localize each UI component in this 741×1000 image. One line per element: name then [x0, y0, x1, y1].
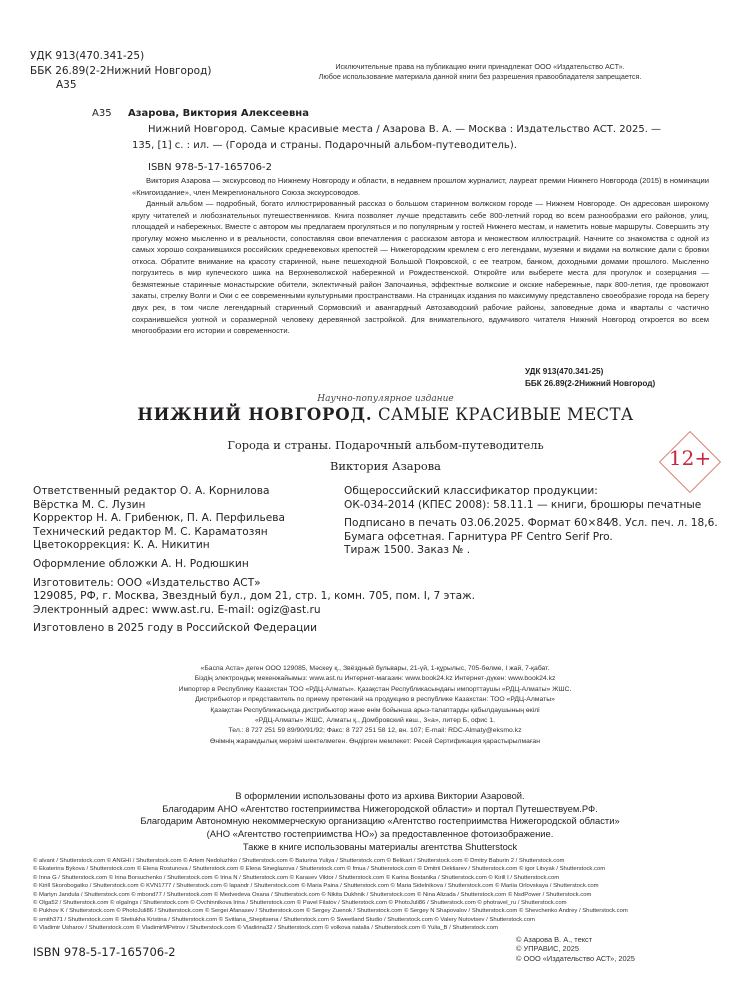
photo-credit-line: © Martyn Jandula / Shutterstock.com © mb…	[33, 891, 733, 899]
classification-header: УДК 913(470.341-25) ББК 26.89(2-2Нижний …	[30, 49, 211, 93]
photo-credit-line: © alvant / Shutterstock.com © ANGHI / Sh…	[33, 857, 733, 865]
classifier-code: ОК-034-2014 (КПЕС 2008): 58.11.1 — книги…	[344, 499, 718, 513]
photo-credit-line: © smith371 / Shutterstock.com © Stetiukh…	[33, 916, 733, 924]
age-rating: 12+	[658, 446, 722, 470]
signed-to-print: Подписано в печать 03.06.2025. Формат 60…	[344, 517, 718, 531]
kz-line: Дистрибьютор и представитель по приему п…	[120, 695, 630, 705]
thanks-line: Также в книге использованы материалы аге…	[90, 841, 670, 854]
kz-line: Қазақстан Республикасында дистрибьютор ж…	[120, 706, 630, 716]
catalog-entry: А35Азарова, Виктория Алексеевна Нижний Н…	[92, 106, 722, 176]
kz-line: Өнімнің жарамдылық мерзімі шектелмеген. …	[120, 737, 630, 747]
entry-code: А35	[92, 106, 128, 122]
classifier-label: Общероссийский классификатор продукции:	[344, 485, 718, 499]
manufacturer-web: Электронный адрес: www.ast.ru. E-mail: o…	[33, 604, 475, 618]
rights-line: Любое использование материала данной кни…	[250, 72, 710, 82]
rights-notice: Исключительные права на публикацию книги…	[250, 62, 710, 82]
thanks-line: В оформлении использованы фото из архива…	[90, 790, 670, 803]
paper-type: Бумага офсетная. Гарнитура PF Centro Ser…	[344, 531, 718, 545]
manufacturer-address: 129085, РФ, г. Москва, Звездный бул., до…	[33, 590, 475, 604]
entry-description: Нижний Новгород. Самые красивые места / …	[92, 122, 722, 138]
imprint-classification: УДК 913(470.341-25) ББК 26.89(2-2Нижний …	[525, 366, 655, 389]
isbn-footer: ISBN 978-5-17-165706-2	[33, 945, 176, 959]
copyright-line: © ООО «Издательство АСТ», 2025	[516, 954, 635, 963]
author-mark: А35	[30, 78, 211, 93]
photo-credit-line: © Kirill Skorobogatko / Shutterstock.com…	[33, 882, 733, 890]
book-title: НИЖНИЙ НОВГОРОД. САМЫЕ КРАСИВЫЕ МЕСТА	[0, 405, 741, 424]
edition-type: Научно-популярное издание	[0, 394, 741, 404]
author-name: Виктория Азарова	[0, 459, 741, 473]
photo-credit-line: © Olga52 / Shutterstock.com © olgaIngs /…	[33, 899, 733, 907]
photo-credit-line: © Pukhov K / Shutterstock.com © PhotoJul…	[33, 907, 733, 915]
made-in: Изготовлено в 2025 году в Российской Фед…	[33, 622, 475, 636]
thanks-line: Благодарим АНО «Агентство гостеприимства…	[90, 803, 670, 816]
kz-line: Импортер в Республику Казахстан ТОО «РДЦ…	[120, 685, 630, 695]
acknowledgements: В оформлении использованы фото из архива…	[90, 790, 670, 854]
kz-line: Тел.: 8 727 251 59 89/90/91/92; Факс: 8 …	[120, 726, 630, 736]
annotation: Виктория Азарова — экскурсовод по Нижнем…	[132, 175, 709, 337]
thanks-line: Благодарим Автономную некоммерческую орг…	[90, 815, 670, 828]
copyright-line: © Азарова В. А., текст	[516, 935, 635, 944]
print-info: Общероссийский классификатор продукции: …	[344, 485, 718, 558]
copyright-line: © УПРАВИС, 2025	[516, 944, 635, 953]
bbk-code: ББК 26.89(2-2Нижний Новгород)	[30, 64, 211, 79]
photo-credit-line: © Ekaterina Bykova / Shutterstock.com © …	[33, 865, 733, 873]
photo-credit-line: © Inna G / Shutterstock.com © Irina Bors…	[33, 874, 733, 882]
annotation-paragraph: Виктория Азарова — экскурсовод по Нижнем…	[132, 175, 709, 198]
entry-description-cont: 135, [1] с. : ил. — (Города и страны. По…	[92, 138, 722, 154]
thanks-line: (АНО «Агентство гостеприимства НО») за п…	[90, 828, 670, 841]
kazakhstan-info: «Баспа Аста» деген ООО 129085, Мәскеу қ.…	[120, 664, 630, 747]
title-bold: НИЖНИЙ НОВГОРОД.	[137, 405, 372, 424]
manufacturer: Изготовитель: ООО «Издательство АСТ»	[33, 577, 475, 591]
photo-credits: © alvant / Shutterstock.com © ANGHI / Sh…	[33, 857, 733, 933]
kz-line: Біздің электрондық мекенжайымыз: www.ast…	[120, 674, 630, 684]
udk-code: УДК 913(470.341-25)	[30, 49, 211, 64]
annotation-paragraph: Данный альбом — подробный, богато иллюст…	[132, 198, 709, 337]
copyright-block: © Азарова В. А., текст © УПРАВИС, 2025 ©…	[516, 935, 635, 963]
series-name: Города и страны. Подарочный альбом-путев…	[0, 438, 741, 452]
kz-line: «Баспа Аста» деген ООО 129085, Мәскеу қ.…	[120, 664, 630, 674]
imprint-bbk: ББК 26.89(2-2Нижний Новгород)	[525, 378, 655, 390]
entry-isbn: ISBN 978-5-17-165706-2	[92, 160, 722, 176]
photo-credit-line: © Vladimir Usharov / Shutterstock.com © …	[33, 924, 733, 932]
rights-line: Исключительные права на публикацию книги…	[250, 62, 710, 72]
imprint-udk: УДК 913(470.341-25)	[525, 366, 655, 378]
title-rest: САМЫЕ КРАСИВЫЕ МЕСТА	[378, 405, 634, 424]
kz-line: «РДЦ-Алматы» ЖШС, Алматы қ., Домбровский…	[120, 716, 630, 726]
credit-cover: Оформление обложки А. Н. Родюшкин	[33, 558, 475, 572]
print-run: Тираж 1500. Заказ № .	[344, 544, 718, 558]
entry-author: Азарова, Виктория Алексеевна	[128, 108, 309, 119]
